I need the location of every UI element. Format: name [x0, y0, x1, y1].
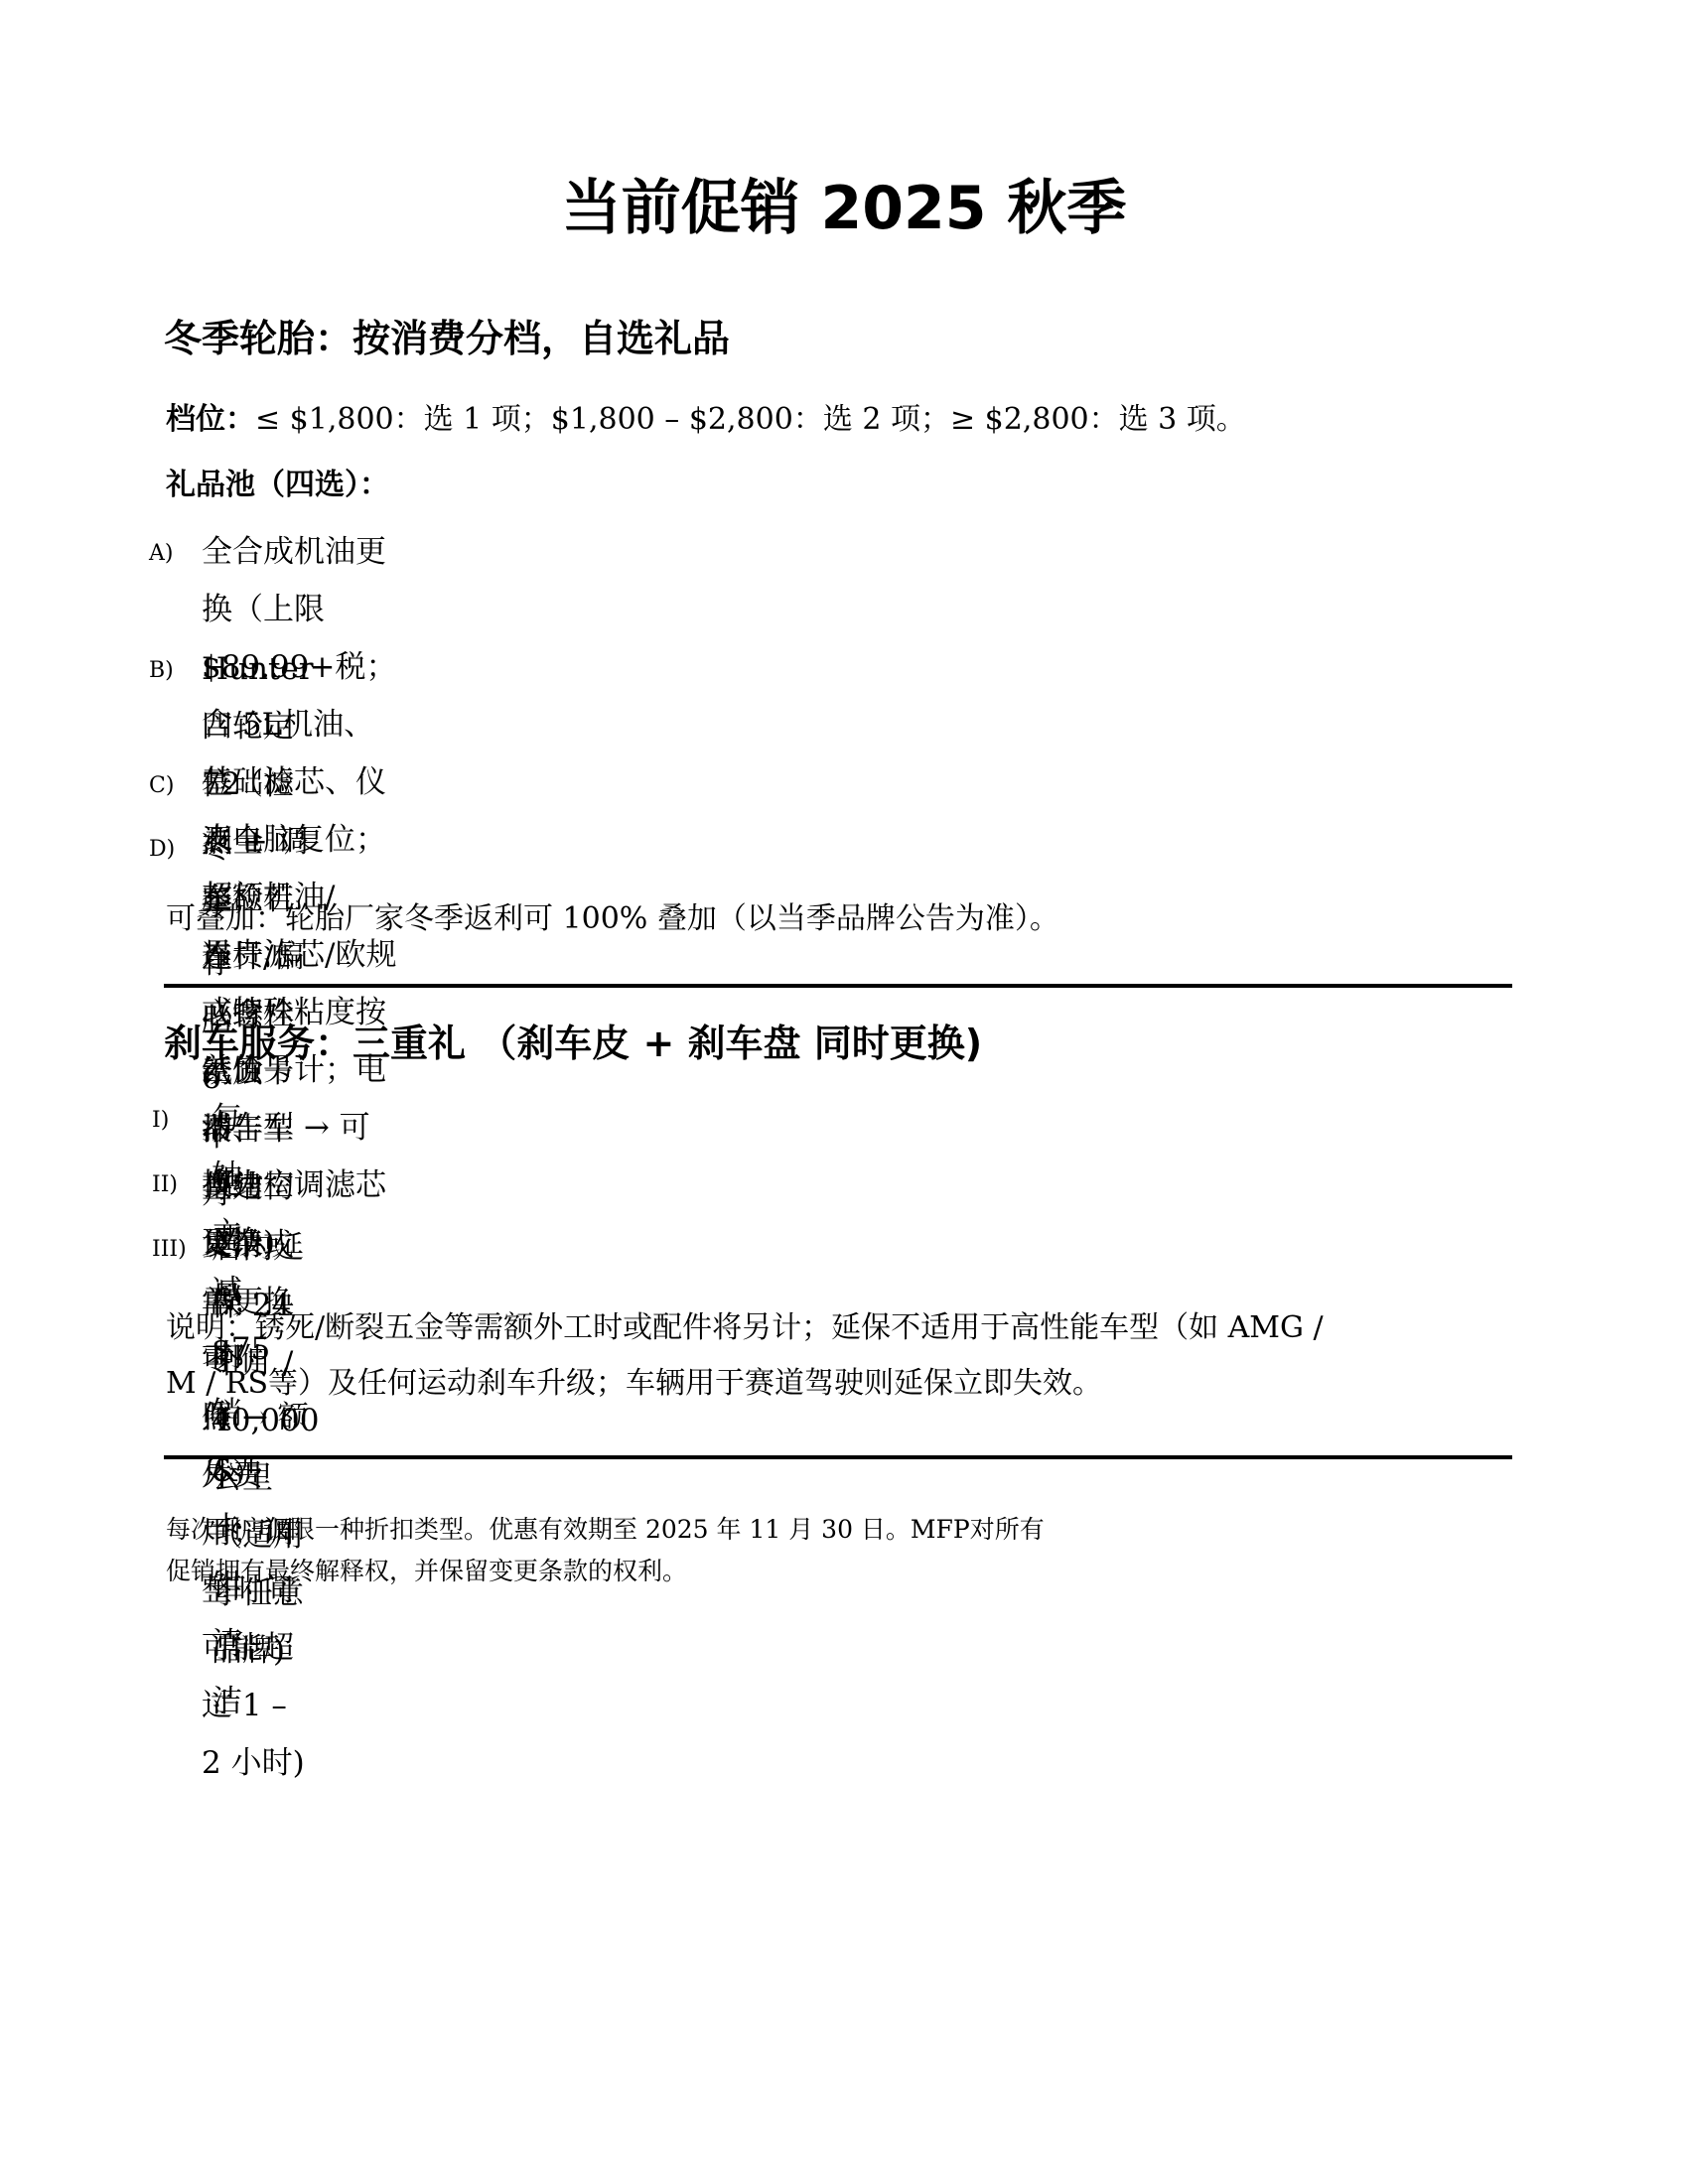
- tires-heading: 冬季轮胎：按消费分档，自选礼品: [164, 308, 730, 362]
- list-marker: II): [152, 1172, 178, 1197]
- footer-line: 促销拥有最终解释权，并保留变更条款的权利。: [166, 1551, 1045, 1592]
- disclaimer-line: 说明：锈死/断裂五金等需额外工时或配件将另计；延保不适用于高性能车型（如 AMG…: [166, 1300, 1324, 1356]
- tiers-text: ≤ $1,800：选 1 项；$1,800 – $2,800：选 2 项；≥ $…: [255, 402, 1246, 437]
- footer-terms: 每次到店仅限一种折扣类型。优惠有效期至 2025 年 11 月 30 日。MFP…: [166, 1509, 1045, 1592]
- stackable-note: 可叠加：轮胎厂家冬季返利可 100% 叠加（以当季品牌公告为准）。: [166, 893, 1059, 937]
- brakes-heading: 刹车服务：三重礼 （刹车皮 + 刹车盘 同时更换): [164, 1013, 982, 1067]
- disclaimer-line: M / RS等）及任何运动刹车升级；车辆用于赛道驾驶则延保立即失效。: [166, 1356, 1324, 1412]
- list-marker: B): [149, 658, 174, 683]
- brake-item-text: 店内延保 24 个月 / 40,000 公里（适用于任意品牌): [211, 1219, 319, 1680]
- list-marker: A): [149, 541, 173, 566]
- gift-pool-label: 礼品池（四选）：: [166, 460, 389, 503]
- page-title: 当前促销 2025 秋季: [0, 161, 1688, 246]
- list-marker: III): [152, 1237, 187, 1262]
- brakes-disclaimer: 说明：锈死/断裂五金等需额外工时或配件将另计；延保不适用于高性能车型（如 AMG…: [166, 1300, 1324, 1412]
- section-divider: [164, 984, 1512, 988]
- list-marker: D): [149, 837, 175, 862]
- tiers-line: 档位：≤ $1,800：选 1 项；$1,800 – $2,800：选 2 项；…: [166, 394, 1246, 438]
- list-marker: C): [149, 773, 174, 798]
- section-divider: [164, 1455, 1512, 1459]
- footer-line: 每次到店仅限一种折扣类型。优惠有效期至 2025 年 11 月 30 日。MFP…: [166, 1509, 1045, 1551]
- tiers-label: 档位：: [166, 402, 255, 437]
- list-marker: I): [152, 1108, 169, 1133]
